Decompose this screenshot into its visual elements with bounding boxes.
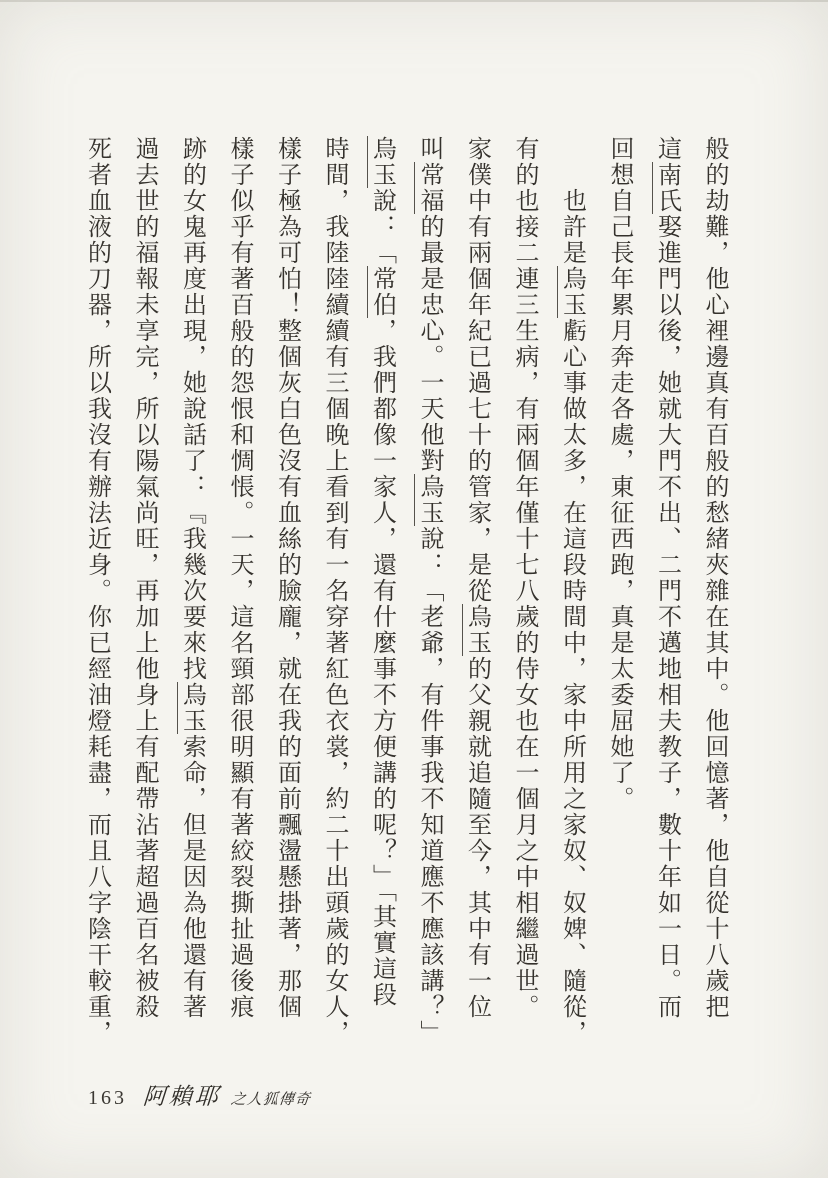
column-text: 這 (654, 136, 680, 162)
text-column: 這南氏娶進門以後，她就大門不出、二門不邁地相夫教子，數十年如一日。而 (642, 136, 690, 1048)
proper-name-marked-text: 烏玉 (414, 474, 442, 526)
column-text: 虧心事做太多，在這段時間中，家中所用之家奴、奴婢、隨從， (559, 318, 585, 1046)
column-text: 索命，但是因為他還有著 (179, 734, 205, 1020)
column-text: 也許是 (559, 188, 585, 266)
text-column: 樣子極為可怕！整個灰白色沒有血絲的臉龐，就在我的面前飄盪懸掛著，那個 (262, 136, 310, 1048)
proper-name-marked-text: 常福 (414, 162, 442, 214)
column-text: 般的劫難，他心裡邊真有百般的愁緒夾雜在其中。他回憶著，他自從十八歲把 (701, 136, 727, 1020)
page-footer: 163 阿賴耶 之人狐傳奇 (88, 1078, 311, 1111)
proper-name-marked-text: 常伯 (367, 266, 395, 318)
text-column: 跡的女鬼再度出現，她說話了：『我幾次要來找烏玉索命，但是因為他還有著 (167, 136, 215, 1048)
text-block: 般的劫難，他心裡邊真有百般的愁緒夾雜在其中。他回憶著，他自從十八歲把這南氏娶進門… (69, 136, 737, 1048)
text-column: 死者血液的刀器，所以我沒有辦法近身。你已經油燈耗盡，而且八字陰干較重， (72, 136, 120, 1048)
proper-name-marked-text: 南氏 (652, 162, 680, 214)
column-text: 回想自己長年累月奔走各處，東征西跑，真是太委屈她了。 (606, 136, 632, 812)
column-text: 樣子似乎有著百般的怨恨和惆悵。一天，這名頸部很明顯有著絞裂撕扯過後痕 (226, 136, 252, 1020)
column-text: 跡的女鬼再度出現，她說話了：『我幾次要來找 (179, 136, 205, 682)
proper-name-marked-text: 烏玉 (367, 136, 395, 188)
text-column: 時間，我陸陸續續有三個晚上看到有一名穿著紅色衣裳，約二十出頭歲的女人， (310, 136, 358, 1048)
text-column: 有的也接二連三生病，有兩個年僅十七八歲的侍女也在一個月之中相繼過世。 (500, 136, 548, 1048)
text-column: 烏玉說：「常伯，我們都像一家人，還有什麼事不方便講的呢？」「其實這段 (357, 136, 405, 1048)
text-column: 家僕中有兩個年紀已過七十的管家，是從烏玉的父親就追隨至今，其中有一位 (452, 136, 500, 1048)
text-column: 過去世的福報未享完，所以陽氣尚旺，再加上他身上有配帶沾著超過百名被殺 (120, 136, 168, 1048)
text-column: 樣子似乎有著百般的怨恨和惆悵。一天，這名頸部很明顯有著絞裂撕扯過後痕 (215, 136, 263, 1048)
column-text: 說：「 (369, 188, 395, 266)
proper-name-marked-text: 烏玉 (462, 604, 490, 656)
column-text: 叫 (416, 136, 442, 162)
text-column: 回想自己長年累月奔走各處，東征西跑，真是太委屈她了。 (595, 136, 643, 1048)
book-title-main: 阿賴耶 (142, 1078, 222, 1111)
text-column: 叫常福的最是忠心。一天他對烏玉說：「老爺，有件事我不知道應不應該講？」 (405, 136, 453, 1048)
column-text: 有的也接二連三生病，有兩個年僅十七八歲的侍女也在一個月之中相繼過世。 (511, 136, 537, 1020)
column-text: 的父親就追隨至今，其中有一位 (464, 656, 490, 1020)
column-text: 的最是忠心。一天他對 (416, 214, 442, 474)
proper-name-marked-text: 烏玉 (557, 266, 585, 318)
text-column: 也許是烏玉虧心事做太多，在這段時間中，家中所用之家奴、奴婢、隨從， (547, 136, 595, 1100)
page-number: 163 (88, 1087, 127, 1110)
column-text: 死者血液的刀器，所以我沒有辦法近身。你已經油燈耗盡，而且八字陰干較重， (84, 136, 110, 1046)
column-text: 過去世的福報未享完，所以陽氣尚旺，再加上他身上有配帶沾著超過百名被殺 (131, 136, 157, 1020)
book-title-sub: 之人狐傳奇 (230, 1088, 312, 1109)
column-text: 娶進門以後，她就大門不出、二門不邁地相夫教子，數十年如一日。而 (654, 214, 680, 1020)
text-column: 般的劫難，他心裡邊真有百般的愁緒夾雜在其中。他回憶著，他自從十八歲把 (690, 136, 738, 1048)
column-text: ，我們都像一家人，還有什麼事不方便講的呢？」「其實這段 (369, 318, 395, 1008)
column-text: 說：「老爺，有件事我不知道應不應該講？」 (416, 526, 442, 1046)
proper-name-marked-text: 烏玉 (177, 682, 205, 734)
column-text: 時間，我陸陸續續有三個晚上看到有一名穿著紅色衣裳，約二十出頭歲的女人， (321, 136, 347, 1046)
book-page: 般的劫難，他心裡邊真有百般的愁緒夾雜在其中。他回憶著，他自從十八歲把這南氏娶進門… (0, 0, 828, 1178)
column-text: 樣子極為可怕！整個灰白色沒有血絲的臉龐，就在我的面前飄盪懸掛著，那個 (274, 136, 300, 1020)
column-text: 家僕中有兩個年紀已過七十的管家，是從 (464, 136, 490, 604)
